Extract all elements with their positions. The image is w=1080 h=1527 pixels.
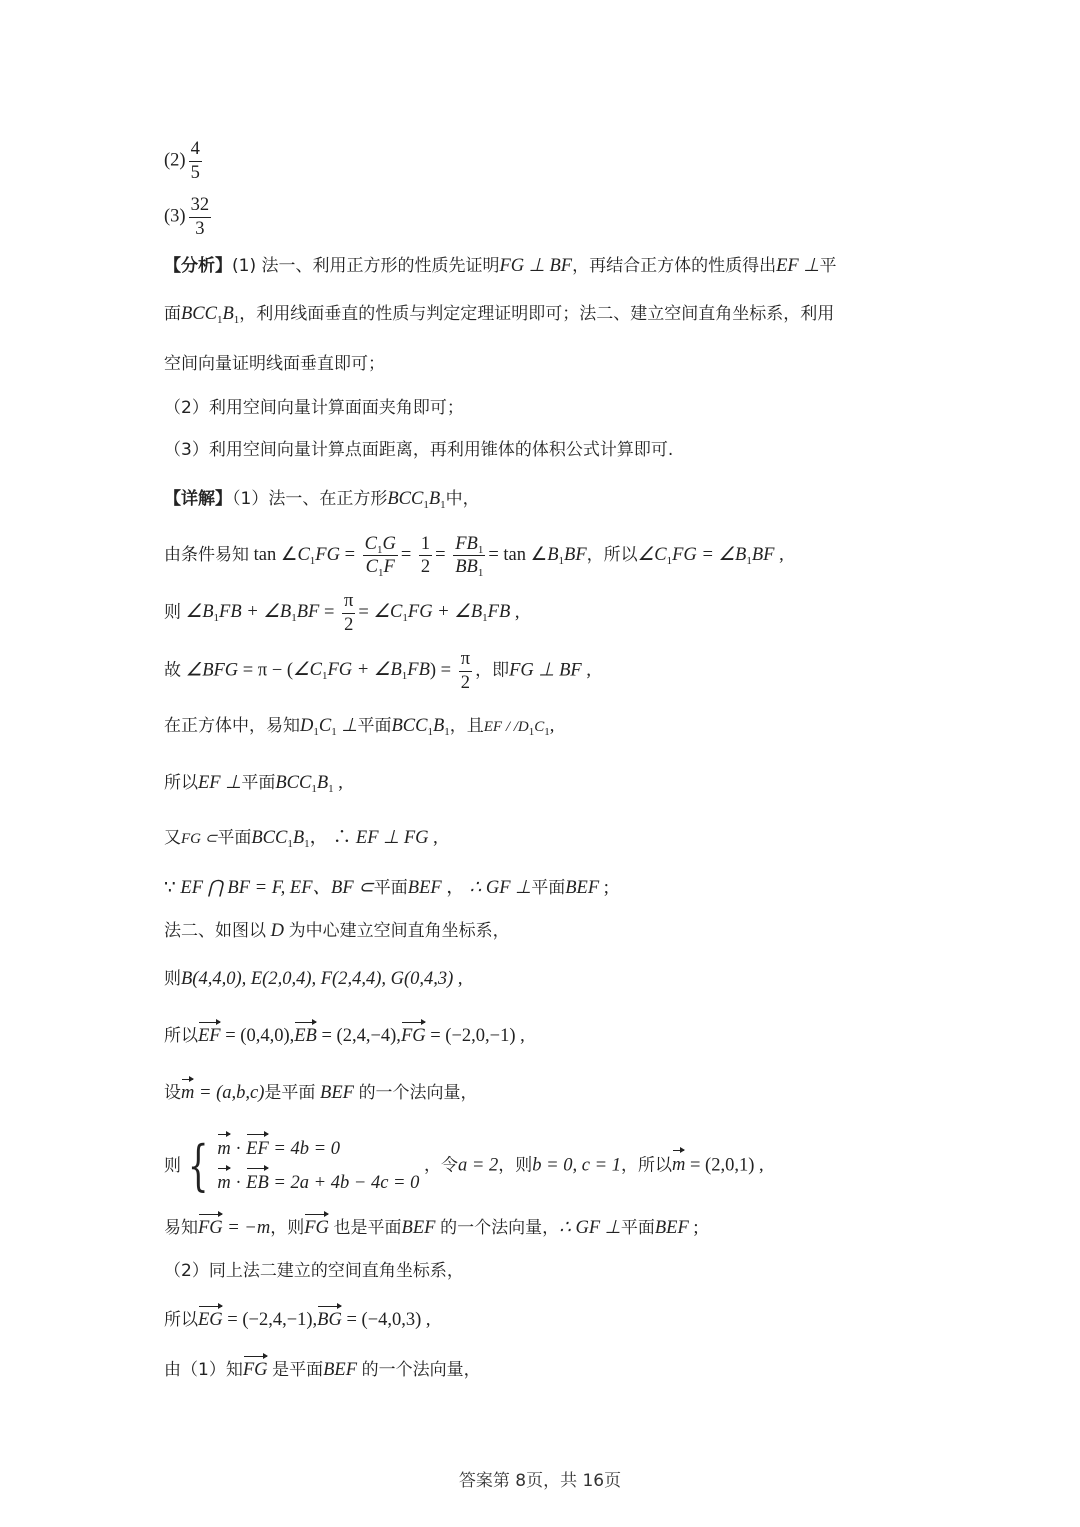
detail-line-4: 故 ∠BFG = π − (∠C1FG + ∠B1FB) = π2，即FG ⊥ … xyxy=(164,650,591,692)
detail-line-7: 又FG ⊂平面BCC1B1， ∴ EF ⊥ FG , xyxy=(164,826,438,851)
math: = 4b = 0 xyxy=(273,1139,340,1159)
denominator: 3 xyxy=(195,218,204,239)
detail-part2-line-3: 由（1）知FG 是平面BEF 的一个法向量， xyxy=(164,1358,481,1382)
answer-2: (2)45 xyxy=(164,140,205,182)
analysis-line-1: 【分析】(1) 法一、利用正方形的性质先证明FG ⊥ BF，再结合正方体的性质得… xyxy=(164,254,836,278)
math: ∴ GF ⊥ xyxy=(559,1218,621,1238)
fraction: FB1BB1 xyxy=(453,535,485,577)
detail-tag: 【详解】 xyxy=(164,489,232,509)
math: = (2,0,1) xyxy=(690,1155,754,1175)
text: 则 xyxy=(164,602,181,622)
math: = (−4,0,3) xyxy=(346,1310,421,1330)
detail-line-3: 则 ∠B1FB + ∠B1BF = π2= ∠C1FG + ∠B1FB , xyxy=(164,592,520,634)
text: 平面 xyxy=(374,878,408,898)
answer-3-label: (3) xyxy=(164,206,186,226)
text: 由条件易知 xyxy=(164,545,249,565)
text: ，再结合正方体的性质得出 xyxy=(572,256,776,276)
coordinates: B(4,4,0), E(2,0,4), F(2,4,4), G(0,4,3) xyxy=(181,969,453,989)
text: 在正方体中，易知 xyxy=(164,716,300,736)
text: 是平面 xyxy=(264,1083,315,1103)
detail-line-13: 则 { m · EF = 4b = 0 m · EB = 2a + 4b − 4… xyxy=(164,1136,764,1196)
text: ，且 xyxy=(450,716,484,736)
because-symbol: ∵ xyxy=(164,878,176,898)
page-footer: 答案第 8页，共 16页 xyxy=(0,1466,1080,1491)
analysis-line-5: （3）利用空间向量计算点面距离，再利用锥体的体积公式计算即可. xyxy=(164,438,673,462)
answer-2-label: (2) xyxy=(164,150,186,170)
detail-line-9: 法二、如图以 D 为中心建立空间直角坐标系， xyxy=(164,919,510,943)
math: = 2a + 4b − 4c = 0 xyxy=(273,1173,419,1193)
math: C1FG xyxy=(297,545,340,565)
detail-line-5: 在正方体中，易知D1C1 ⊥平面BCC1B1，且EF / /D1C1, xyxy=(164,714,554,739)
text: 中， xyxy=(446,489,480,509)
math: D xyxy=(271,921,284,941)
analysis-line-4: （2）利用空间向量计算面面夹角即可； xyxy=(164,396,464,420)
text: ，利用线面垂直的性质与判定定理证明即可；法二、建立空间直角坐标系，利用 xyxy=(239,304,834,324)
fraction: C1GC1F xyxy=(363,535,398,577)
answer-3: (3)323 xyxy=(164,196,214,238)
text: ，则 xyxy=(498,1155,532,1175)
detail-line-10: 则B(4,4,0), E(2,0,4), F(2,4,4), G(0,4,3) … xyxy=(164,967,463,991)
detail-line-8: ∵ EF ⋂ BF = F, EF、BF ⊂平面BEF ， ∴ GF ⊥平面BE… xyxy=(164,876,609,900)
text: 所以 xyxy=(164,773,198,793)
left-brace: { xyxy=(188,1139,209,1193)
math: a = 2 xyxy=(458,1155,498,1175)
math: ∴ GF ⊥ xyxy=(469,878,531,898)
text: ，所以 xyxy=(621,1155,672,1175)
text: ，所以 xyxy=(587,545,638,565)
text: 法二、如图以 xyxy=(164,921,266,941)
fraction-pi-2: π2 xyxy=(459,650,472,692)
math: BCC1B1 xyxy=(387,489,445,509)
text: 设 xyxy=(164,1083,181,1103)
math: = (2,4,−4), xyxy=(321,1026,400,1046)
detail-line-11: 所以EF = (0,4,0),EB = (2,4,−4),FG = (−2,0,… xyxy=(164,1024,525,1048)
detail-part2-line-2: 所以EG = (−2,4,−1),BG = (−4,0,3) , xyxy=(164,1308,431,1332)
math: EF ⋂ BF = F, EF、BF ⊂ xyxy=(180,878,373,898)
fraction-pi-2: π2 xyxy=(342,592,355,634)
fraction-32-3: 323 xyxy=(189,196,212,238)
math: BCC xyxy=(181,304,217,324)
text: 面 xyxy=(164,304,181,324)
text: 平面 xyxy=(241,773,275,793)
text: 的一个法向量， xyxy=(440,1218,559,1238)
text: （1）法一、在正方形 xyxy=(232,489,387,509)
text: 易知 xyxy=(164,1218,198,1238)
text: 的一个法向量， xyxy=(362,1360,481,1380)
numerator: 32 xyxy=(189,196,212,218)
math: FG ⊥ BF xyxy=(499,256,572,276)
equation-system: 则 { m · EF = 4b = 0 m · EB = 2a + 4b − 4… xyxy=(164,1136,419,1196)
detail-line-14: 易知FG = −m，则FG 也是平面BEF 的一个法向量，∴ GF ⊥平面BEF… xyxy=(164,1216,699,1240)
math: = (a,b,c) xyxy=(199,1083,264,1103)
detail-line-1: 【详解】（1）法一、在正方形BCC1B1中， xyxy=(164,487,480,511)
text: 则 xyxy=(164,969,181,989)
text: 又 xyxy=(164,828,181,848)
numerator: 4 xyxy=(189,140,202,162)
text: 平 xyxy=(819,256,836,276)
text: 平面 xyxy=(217,828,251,848)
text: 所以 xyxy=(164,1026,198,1046)
text: ，则 xyxy=(270,1218,304,1238)
analysis-tag: 【分析】 xyxy=(164,256,232,276)
detail-line-12: 设m = (a,b,c)是平面 BEF 的一个法向量， xyxy=(164,1081,478,1105)
text: 为中心建立空间直角坐标系， xyxy=(289,921,510,941)
math: EF ⊥ xyxy=(776,256,819,276)
math: = (0,4,0), xyxy=(225,1026,294,1046)
fraction: 12 xyxy=(419,535,432,577)
math: B xyxy=(222,304,233,324)
math: tan ∠ xyxy=(254,545,298,565)
text: (1) 法一、利用正方形的性质先证明 xyxy=(232,256,499,276)
analysis-line-3: 空间向量证明线面垂直即可； xyxy=(164,352,385,376)
math: b = 0, c = 1 xyxy=(532,1155,621,1175)
analysis-line-2: 面BCC1B1，利用线面垂直的性质与判定定理证明即可；法二、建立空间直角坐标系，… xyxy=(164,302,834,326)
detail-line-6: 所以EF ⊥平面BCC1B1 , xyxy=(164,771,343,795)
text: 故 xyxy=(164,660,181,680)
text: 则 xyxy=(164,1153,181,1179)
text: ，令 xyxy=(424,1155,458,1175)
detail-part2-line-1: （2）同上法二建立的空间直角坐标系， xyxy=(164,1259,464,1283)
text: 的一个法向量， xyxy=(359,1083,478,1103)
math: BEF xyxy=(320,1083,354,1103)
math: = (−2,0,−1) xyxy=(430,1026,515,1046)
text: 也是平面 xyxy=(334,1218,402,1238)
text: 由（1）知 xyxy=(164,1360,243,1380)
fraction-4-5: 45 xyxy=(189,140,202,182)
math: = (−2,4,−1), xyxy=(227,1310,317,1330)
math: = −m xyxy=(227,1218,270,1238)
text: 所以 xyxy=(164,1310,198,1330)
text: 平面 xyxy=(357,716,391,736)
text: ，即 xyxy=(475,660,509,680)
denominator: 5 xyxy=(191,162,200,183)
text: 是平面 xyxy=(272,1360,323,1380)
detail-line-2: 由条件易知 tan ∠C1FG = C1GC1F= 12= FB1BB1= ta… xyxy=(164,530,784,580)
